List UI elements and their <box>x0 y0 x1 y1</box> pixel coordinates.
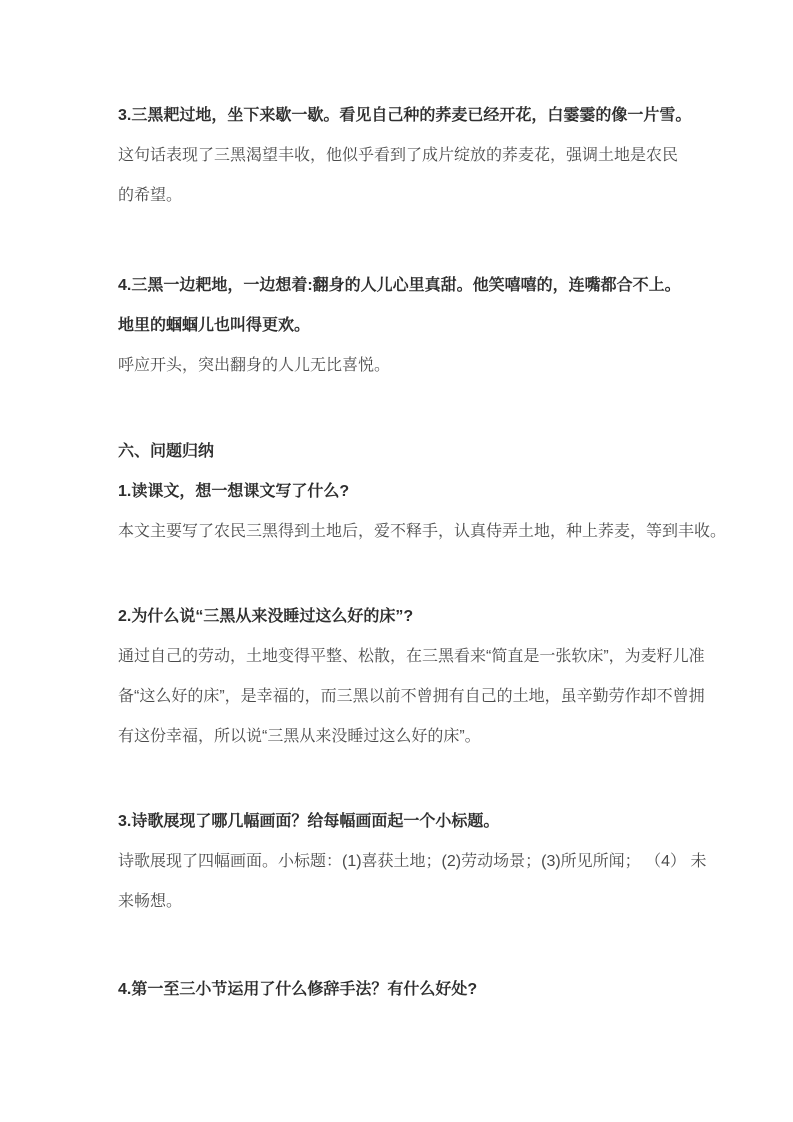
question-line: 1.读课文，想一想课文写了什么? <box>118 472 718 512</box>
quote-line: 3.三黑耙过地，坐下来歇一歇。看见自己种的荞麦已经开花，白霎霎的像一片雪。 <box>118 96 718 136</box>
analysis-line: 这句话表现了三黑渴望丰收，他似乎看到了成片绽放的荞麦花，强调土地是农民 <box>118 136 718 176</box>
section-question-2: 2.为什么说“三黑从来没睡过这么好的床”? 通过自己的劳动，土地变得平整、松散，… <box>118 597 718 757</box>
analysis-line: 呼应开头，突出翻身的人儿无比喜悦。 <box>118 346 718 386</box>
question-line: 4.第一至三小节运用了什么修辞手法？有什么好处? <box>118 970 718 1010</box>
section-heading: 六、问题归纳 <box>118 432 718 472</box>
answer-line: 通过自己的劳动，土地变得平整、松散，在三黑看来“简直是一张软床”，为麦籽儿准 <box>118 637 718 677</box>
analysis-line: 的希望。 <box>118 176 718 216</box>
section-sentence-analysis-3: 3.三黑耙过地，坐下来歇一歇。看见自己种的荞麦已经开花，白霎霎的像一片雪。 这句… <box>118 96 718 216</box>
answer-line: 诗歌展现了四幅画面。小标题：(1)喜获土地；(2)劳动场景；(3)所见所闻； （… <box>118 842 718 882</box>
question-line: 2.为什么说“三黑从来没睡过这么好的床”? <box>118 597 718 637</box>
section-question-3: 3.诗歌展现了哪几幅画面？给每幅画面起一个小标题。 诗歌展现了四幅画面。小标题：… <box>118 802 718 922</box>
answer-line: 来畅想。 <box>118 882 718 922</box>
answer-line: 有这份幸福，所以说“三黑从来没睡过这么好的床”。 <box>118 717 718 757</box>
quote-line: 地里的蝈蝈儿也叫得更欢。 <box>118 306 718 346</box>
question-line: 3.诗歌展现了哪几幅画面？给每幅画面起一个小标题。 <box>118 802 718 842</box>
section-question-summary-and-q1: 六、问题归纳 1.读课文，想一想课文写了什么? 本文主要写了农民三黑得到土地后，… <box>118 432 718 552</box>
answer-line: 备“这么好的床”，是幸福的，而三黑以前不曾拥有自己的土地，虽辛勤劳作却不曾拥 <box>118 677 718 717</box>
section-sentence-analysis-4: 4.三黑一边耙地，一边想着:翻身的人儿心里真甜。他笑嘻嘻的，连嘴都合不上。 地里… <box>118 266 718 386</box>
document-page: 3.三黑耙过地，坐下来歇一歇。看见自己种的荞麦已经开花，白霎霎的像一片雪。 这句… <box>0 0 793 1122</box>
answer-line: 本文主要写了农民三黑得到土地后，爱不释手，认真侍弄土地，种上荞麦，等到丰收。 <box>118 512 718 552</box>
quote-line: 4.三黑一边耙地，一边想着:翻身的人儿心里真甜。他笑嘻嘻的，连嘴都合不上。 <box>118 266 718 306</box>
section-question-4: 4.第一至三小节运用了什么修辞手法？有什么好处? <box>118 970 718 1010</box>
